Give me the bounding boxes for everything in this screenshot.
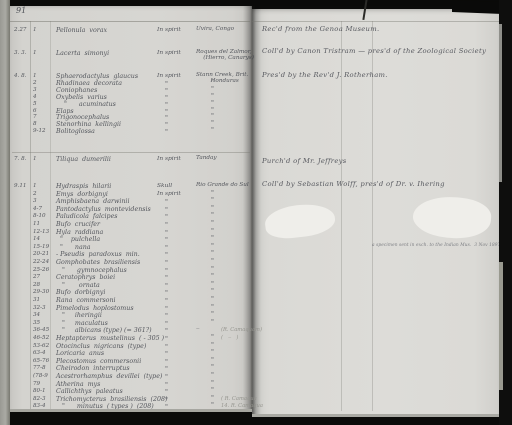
specimen-count: 34 — [33, 312, 40, 318]
specimen-count: 35 — [33, 320, 40, 326]
specimen-count: 77-8 — [33, 365, 46, 371]
locality: " — [211, 297, 214, 303]
locality: ‒ — [196, 327, 200, 333]
specimen-count: 79 — [33, 381, 40, 387]
specimen-count: 4-7 — [33, 206, 42, 212]
specimen-count: 1 — [33, 50, 37, 56]
specimen-count: 28 — [33, 282, 40, 288]
ledger-row: 2.271Pellonula voraxIn spiritUvira, Cong… — [0, 27, 512, 35]
species-name: Trichomycterus brasiliensis (208) — [56, 396, 167, 403]
locality: " — [211, 259, 214, 265]
species-name: " pulchella — [56, 236, 100, 243]
specimen-count: 4 — [33, 94, 37, 100]
specimen-count: 65-76 — [33, 358, 49, 364]
specimen-count: 7 — [33, 114, 37, 120]
locality: " — [211, 335, 214, 341]
species-name: Pellonula vorax — [56, 27, 107, 34]
preparation: In spirit — [157, 191, 181, 197]
species-name: Ceratophrys boiei — [56, 274, 115, 281]
note-tristram: Coll'd by Canon Tristram — pres'd of the… — [262, 47, 486, 55]
locality: Uvira, Congo — [196, 27, 234, 33]
species-name: " maculatus — [56, 320, 108, 327]
note-jeffreys: Purch'd of Mr. Jeffreys — [262, 157, 347, 165]
reg-no: 4. 8. — [14, 73, 26, 79]
specimen-count: 5 — [33, 101, 37, 107]
note-received: Rec'd from the Genoa Museum. — [262, 25, 379, 33]
specimen-count: 1 — [33, 73, 37, 79]
specimen-count: 12-13 — [33, 229, 49, 235]
note-rotherham: Pres'd by the Rev'd J. Rotherham. — [262, 71, 388, 79]
locality: " — [211, 221, 214, 227]
species-name: Rana commersoni — [56, 297, 116, 304]
margin-note: ( R. Camaqua — [221, 396, 257, 402]
specimen-count: 1 — [33, 156, 37, 162]
specimen-count: 80-1 — [33, 388, 46, 394]
specimen-count: 6 — [33, 108, 37, 114]
species-name: Otocinclus nigricans (type) — [56, 343, 146, 350]
species-name: - Pseudis paradoxus min. — [56, 251, 140, 258]
locality: Tanday — [196, 156, 217, 162]
specimen-count: 8-10 — [33, 213, 46, 219]
reg-no: 7. 8. — [14, 156, 26, 162]
specimen-count: 20-21 — [33, 251, 49, 257]
species-name: Lacerta simonyi — [56, 50, 109, 57]
species-name: Acestrorhamphus devillei (type) — [56, 373, 162, 380]
species-name: " gymnocephalus — [56, 267, 127, 274]
species-name: Hydraspis hilarii — [56, 183, 111, 190]
header-rule-right — [252, 21, 499, 22]
left-page-number: 91 — [16, 6, 26, 15]
preparation: In spirit — [157, 156, 181, 162]
specimen-count: 8 — [33, 121, 37, 127]
species-name: Loricaria anus — [56, 350, 104, 357]
species-name: Cheirodon interruptus — [56, 365, 130, 372]
reg-no: 3. 3. — [14, 50, 26, 56]
species-name: Tiliqua dumerilii — [56, 156, 111, 163]
specimen-count: 29-30 — [33, 289, 49, 295]
specimen-count: 2 — [33, 80, 37, 86]
specimen-count: 36-45 — [33, 327, 49, 333]
page-stack-edge-right-lower — [499, 262, 503, 390]
species-name: " iheringii — [56, 312, 102, 319]
specimen-count: 9-12 — [33, 128, 46, 134]
species-name: Gomphobates brasiliensis — [56, 259, 140, 266]
specimen-count: 3 — [33, 198, 37, 204]
specimen-count: (78-9 — [33, 373, 48, 379]
specimen-count: 3 — [33, 87, 37, 93]
specimen-count: 2 — [33, 191, 37, 197]
species-name: " nana — [56, 244, 91, 251]
page-stack-edge-right-upper — [499, 24, 502, 182]
species-name: Pimelodus hoplostomus — [56, 305, 134, 312]
specimen-count: 46-52 — [33, 335, 49, 341]
preparation: " — [165, 128, 168, 136]
specimen-count: 31 — [33, 297, 40, 303]
specimen-count: 1 — [33, 183, 37, 189]
species-name: " ornata — [56, 282, 100, 289]
ledger-row: 7. 8.1Tiliqua dumeriliiIn spiritTanday — [0, 156, 512, 164]
specimen-count: 25-26 — [33, 267, 49, 273]
photo-bottom-edge-right — [252, 417, 512, 425]
ledger-row: 9-12Bolitoglossa"" — [0, 128, 512, 136]
specimen-count: 15-19 — [33, 244, 49, 250]
preparation: Skull — [157, 183, 172, 189]
reg-no: 2.27 — [14, 27, 26, 33]
species-name: Bufo crucifer — [56, 221, 100, 228]
photo-top-edge — [0, 0, 512, 6]
margin-note: ( ‒ ) — [221, 335, 238, 341]
preparation: In spirit — [157, 73, 181, 79]
locality: Rio Grande do Sul — [196, 183, 249, 189]
specimen-count: 82-3 — [33, 396, 46, 402]
header-rule-left — [10, 21, 250, 22]
ledger-photo: 91 363 2.271Pellonula voraxIn spiritUvir… — [0, 0, 512, 425]
species-name: Plecostomus commersonii — [56, 358, 141, 365]
section-rule — [12, 152, 250, 153]
species-name: Amphisbaena darwinii — [56, 198, 129, 205]
preparation: In spirit — [157, 27, 181, 33]
reg-no: 9.11 — [14, 183, 26, 189]
species-name: Hyla raddiana — [56, 229, 103, 236]
species-name: Atherina mys — [56, 381, 100, 388]
species-name: " albicans (type) (= 361?) — [56, 327, 152, 334]
species-name: Pantodactylus montevidensis — [56, 206, 151, 213]
specimen-count: 1 — [33, 27, 37, 33]
species-name: Emys dorbignyi — [56, 191, 108, 198]
preparation: In spirit — [157, 50, 181, 56]
page-stack-edge-left — [0, 0, 10, 425]
margin-note: (R. Camaquam) — [221, 327, 262, 333]
note-wolff: Coll'd by Sebastian Wolff, pres'd of Dr.… — [262, 180, 445, 188]
species-name: Heptapterus mustelinus ( - 305 ) — [56, 335, 164, 342]
locality: " — [211, 320, 214, 326]
specimen-count: 11 — [33, 221, 40, 227]
species-name: Paludicola falcipes — [56, 213, 118, 220]
specimen-count: 32-3 — [33, 305, 46, 311]
locality: Roques del Zalmor, (Hierro, Canarys) — [196, 50, 254, 61]
specimen-count: 22-24 — [33, 259, 49, 265]
specimen-count: 27 — [33, 274, 40, 280]
note-exchange: a specimen sent in exch. to the Indian M… — [372, 243, 500, 248]
specimen-count: 53-62 — [33, 343, 49, 349]
photo-bottom-edge-left — [0, 412, 252, 425]
specimen-count: 63-4 — [33, 350, 46, 356]
species-name: Callichthys paleatus — [56, 388, 123, 395]
species-name: Bolitoglossa — [56, 128, 95, 135]
species-name: Bufo dorbignyi — [56, 289, 105, 296]
specimen-count: 14 — [33, 236, 40, 242]
locality: " — [211, 128, 214, 134]
locality: " — [211, 373, 214, 379]
